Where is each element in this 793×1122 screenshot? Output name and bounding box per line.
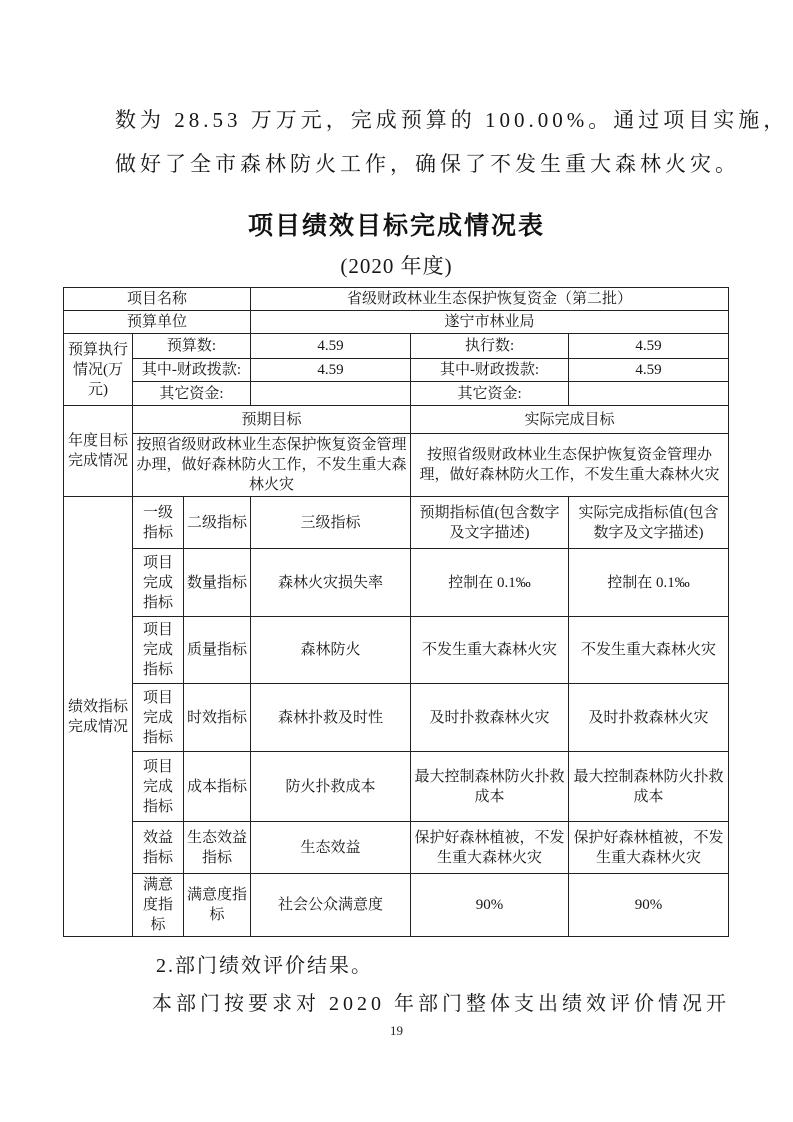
fiscal-grant-value-right: 4.59 — [569, 359, 729, 382]
footer-paragraph-line: 本部门按要求对 2020 年部门整体支出绩效评价情况开 — [152, 987, 730, 1016]
indicator-level1: 效益指标 — [133, 822, 184, 874]
project-name-label: 项目名称 — [64, 288, 251, 311]
table-row: 绩效指标完成情况 一级指标 二级指标 三级指标 预期指标值(包含数字及文字描述)… — [64, 497, 729, 549]
indicator-actual: 不发生重大森林火灾 — [569, 617, 729, 684]
other-funds-label-left: 其它资金: — [133, 382, 251, 406]
indicator-expected: 不发生重大森林火灾 — [411, 617, 569, 684]
indicator-level1: 项目完成指标 — [133, 752, 184, 822]
header-level2: 二级指标 — [184, 497, 251, 549]
intro-paragraph-line-1: 数为 28.53 万万元，完成预算的 100.00%。通过项目实施， — [115, 104, 788, 134]
indicator-row: 项目完成指标 质量指标 森林防火 不发生重大森林火灾 不发生重大森林火灾 — [64, 617, 729, 684]
indicator-row: 项目完成指标 数量指标 森林火灾损失率 控制在 0.1‰ 控制在 0.1‰ — [64, 549, 729, 617]
other-funds-label-right: 其它资金: — [411, 382, 569, 406]
budget-unit-value: 遂宁市林业局 — [251, 311, 729, 334]
indicator-actual: 90% — [569, 874, 729, 937]
actual-goal-header: 实际完成目标 — [411, 406, 729, 434]
header-level1: 一级指标 — [133, 497, 184, 549]
indicator-level3: 社会公众满意度 — [251, 874, 411, 937]
table-row: 预算单位 遂宁市林业局 — [64, 311, 729, 334]
expected-goal-text: 按照省级财政林业生态保护恢复资金管理办理，做好森林防火工作，不发生重大森林火灾 — [133, 434, 411, 497]
document-page: 数为 28.53 万万元，完成预算的 100.00%。通过项目实施， 做好了全市… — [0, 0, 793, 1122]
annual-goal-label: 年度目标完成情况 — [64, 406, 133, 497]
table-row: 年度目标完成情况 预期目标 实际完成目标 — [64, 406, 729, 434]
indicator-actual: 控制在 0.1‰ — [569, 549, 729, 617]
indicator-expected: 最大控制森林防火扑救成本 — [411, 752, 569, 822]
indicator-level3: 森林扑救及时性 — [251, 684, 411, 752]
indicator-level2: 质量指标 — [184, 617, 251, 684]
indicator-actual: 最大控制森林防火扑救成本 — [569, 752, 729, 822]
exec-amount-label: 执行数: — [411, 334, 569, 359]
header-level3: 三级指标 — [251, 497, 411, 549]
table-row: 其它资金: 其它资金: — [64, 382, 729, 406]
indicator-row: 满意度指标 满意度指标 社会公众满意度 90% 90% — [64, 874, 729, 937]
indicator-row: 项目完成指标 成本指标 防火扑救成本 最大控制森林防火扑救成本 最大控制森林防火… — [64, 752, 729, 822]
project-name-value: 省级财政林业生态保护恢复资金（第二批） — [251, 288, 729, 311]
other-funds-value-left — [251, 382, 411, 406]
fiscal-grant-value-left: 4.59 — [251, 359, 411, 382]
indicator-level1: 满意度指标 — [133, 874, 184, 937]
indicator-level2: 数量指标 — [184, 549, 251, 617]
indicator-expected: 90% — [411, 874, 569, 937]
page-number: 19 — [0, 1023, 793, 1039]
page-title: 项目绩效目标完成情况表 — [0, 206, 793, 242]
actual-goal-text: 按照省级财政林业生态保护恢复资金管理办理，做好森林防火工作，不发生重大森林火灾 — [411, 434, 729, 497]
indicator-level2: 时效指标 — [184, 684, 251, 752]
page-subtitle: (2020 年度) — [0, 250, 793, 280]
indicator-actual: 保护好森林植被，不发生重大森林火灾 — [569, 822, 729, 874]
indicator-level3: 防火扑救成本 — [251, 752, 411, 822]
header-actual-value: 实际完成指标值(包含数字及文字描述) — [569, 497, 729, 549]
table-row: 项目名称 省级财政林业生态保护恢复资金（第二批） — [64, 288, 729, 311]
table-row: 按照省级财政林业生态保护恢复资金管理办理，做好森林防火工作，不发生重大森林火灾 … — [64, 434, 729, 497]
section-heading: 2.部门绩效评价结果。 — [156, 949, 373, 978]
other-funds-value-right — [569, 382, 729, 406]
performance-goal-table: 项目名称 省级财政林业生态保护恢复资金（第二批） 预算单位 遂宁市林业局 预算执… — [63, 287, 729, 937]
indicator-level3: 森林防火 — [251, 617, 411, 684]
budget-amount-value: 4.59 — [251, 334, 411, 359]
indicator-level1: 项目完成指标 — [133, 617, 184, 684]
budget-unit-label: 预算单位 — [64, 311, 251, 334]
indicator-expected: 保护好森林植被，不发生重大森林火灾 — [411, 822, 569, 874]
indicator-expected: 及时扑救森林火灾 — [411, 684, 569, 752]
fiscal-grant-label-left: 其中-财政拨款: — [133, 359, 251, 382]
table-row: 其中-财政拨款: 4.59 其中-财政拨款: 4.59 — [64, 359, 729, 382]
indicator-level2: 生态效益指标 — [184, 822, 251, 874]
indicator-expected: 控制在 0.1‰ — [411, 549, 569, 617]
indicator-level2: 成本指标 — [184, 752, 251, 822]
budget-amount-label: 预算数: — [133, 334, 251, 359]
indicator-level1: 项目完成指标 — [133, 684, 184, 752]
perf-indicator-label: 绩效指标完成情况 — [64, 497, 133, 937]
header-expected-value: 预期指标值(包含数字及文字描述) — [411, 497, 569, 549]
indicator-level3: 森林火灾损失率 — [251, 549, 411, 617]
indicator-row: 项目完成指标 时效指标 森林扑救及时性 及时扑救森林火灾 及时扑救森林火灾 — [64, 684, 729, 752]
table-row: 预算执行情况(万元) 预算数: 4.59 执行数: 4.59 — [64, 334, 729, 359]
exec-amount-value: 4.59 — [569, 334, 729, 359]
indicator-row: 效益指标 生态效益指标 生态效益 保护好森林植被，不发生重大森林火灾 保护好森林… — [64, 822, 729, 874]
indicator-level2: 满意度指标 — [184, 874, 251, 937]
budget-exec-label: 预算执行情况(万元) — [64, 334, 133, 406]
intro-paragraph-line-2: 做好了全市森林防火工作，确保了不发生重大森林火灾。 — [115, 148, 740, 178]
fiscal-grant-label-right: 其中-财政拨款: — [411, 359, 569, 382]
indicator-level3: 生态效益 — [251, 822, 411, 874]
expected-goal-header: 预期目标 — [133, 406, 411, 434]
indicator-level1: 项目完成指标 — [133, 549, 184, 617]
indicator-actual: 及时扑救森林火灾 — [569, 684, 729, 752]
